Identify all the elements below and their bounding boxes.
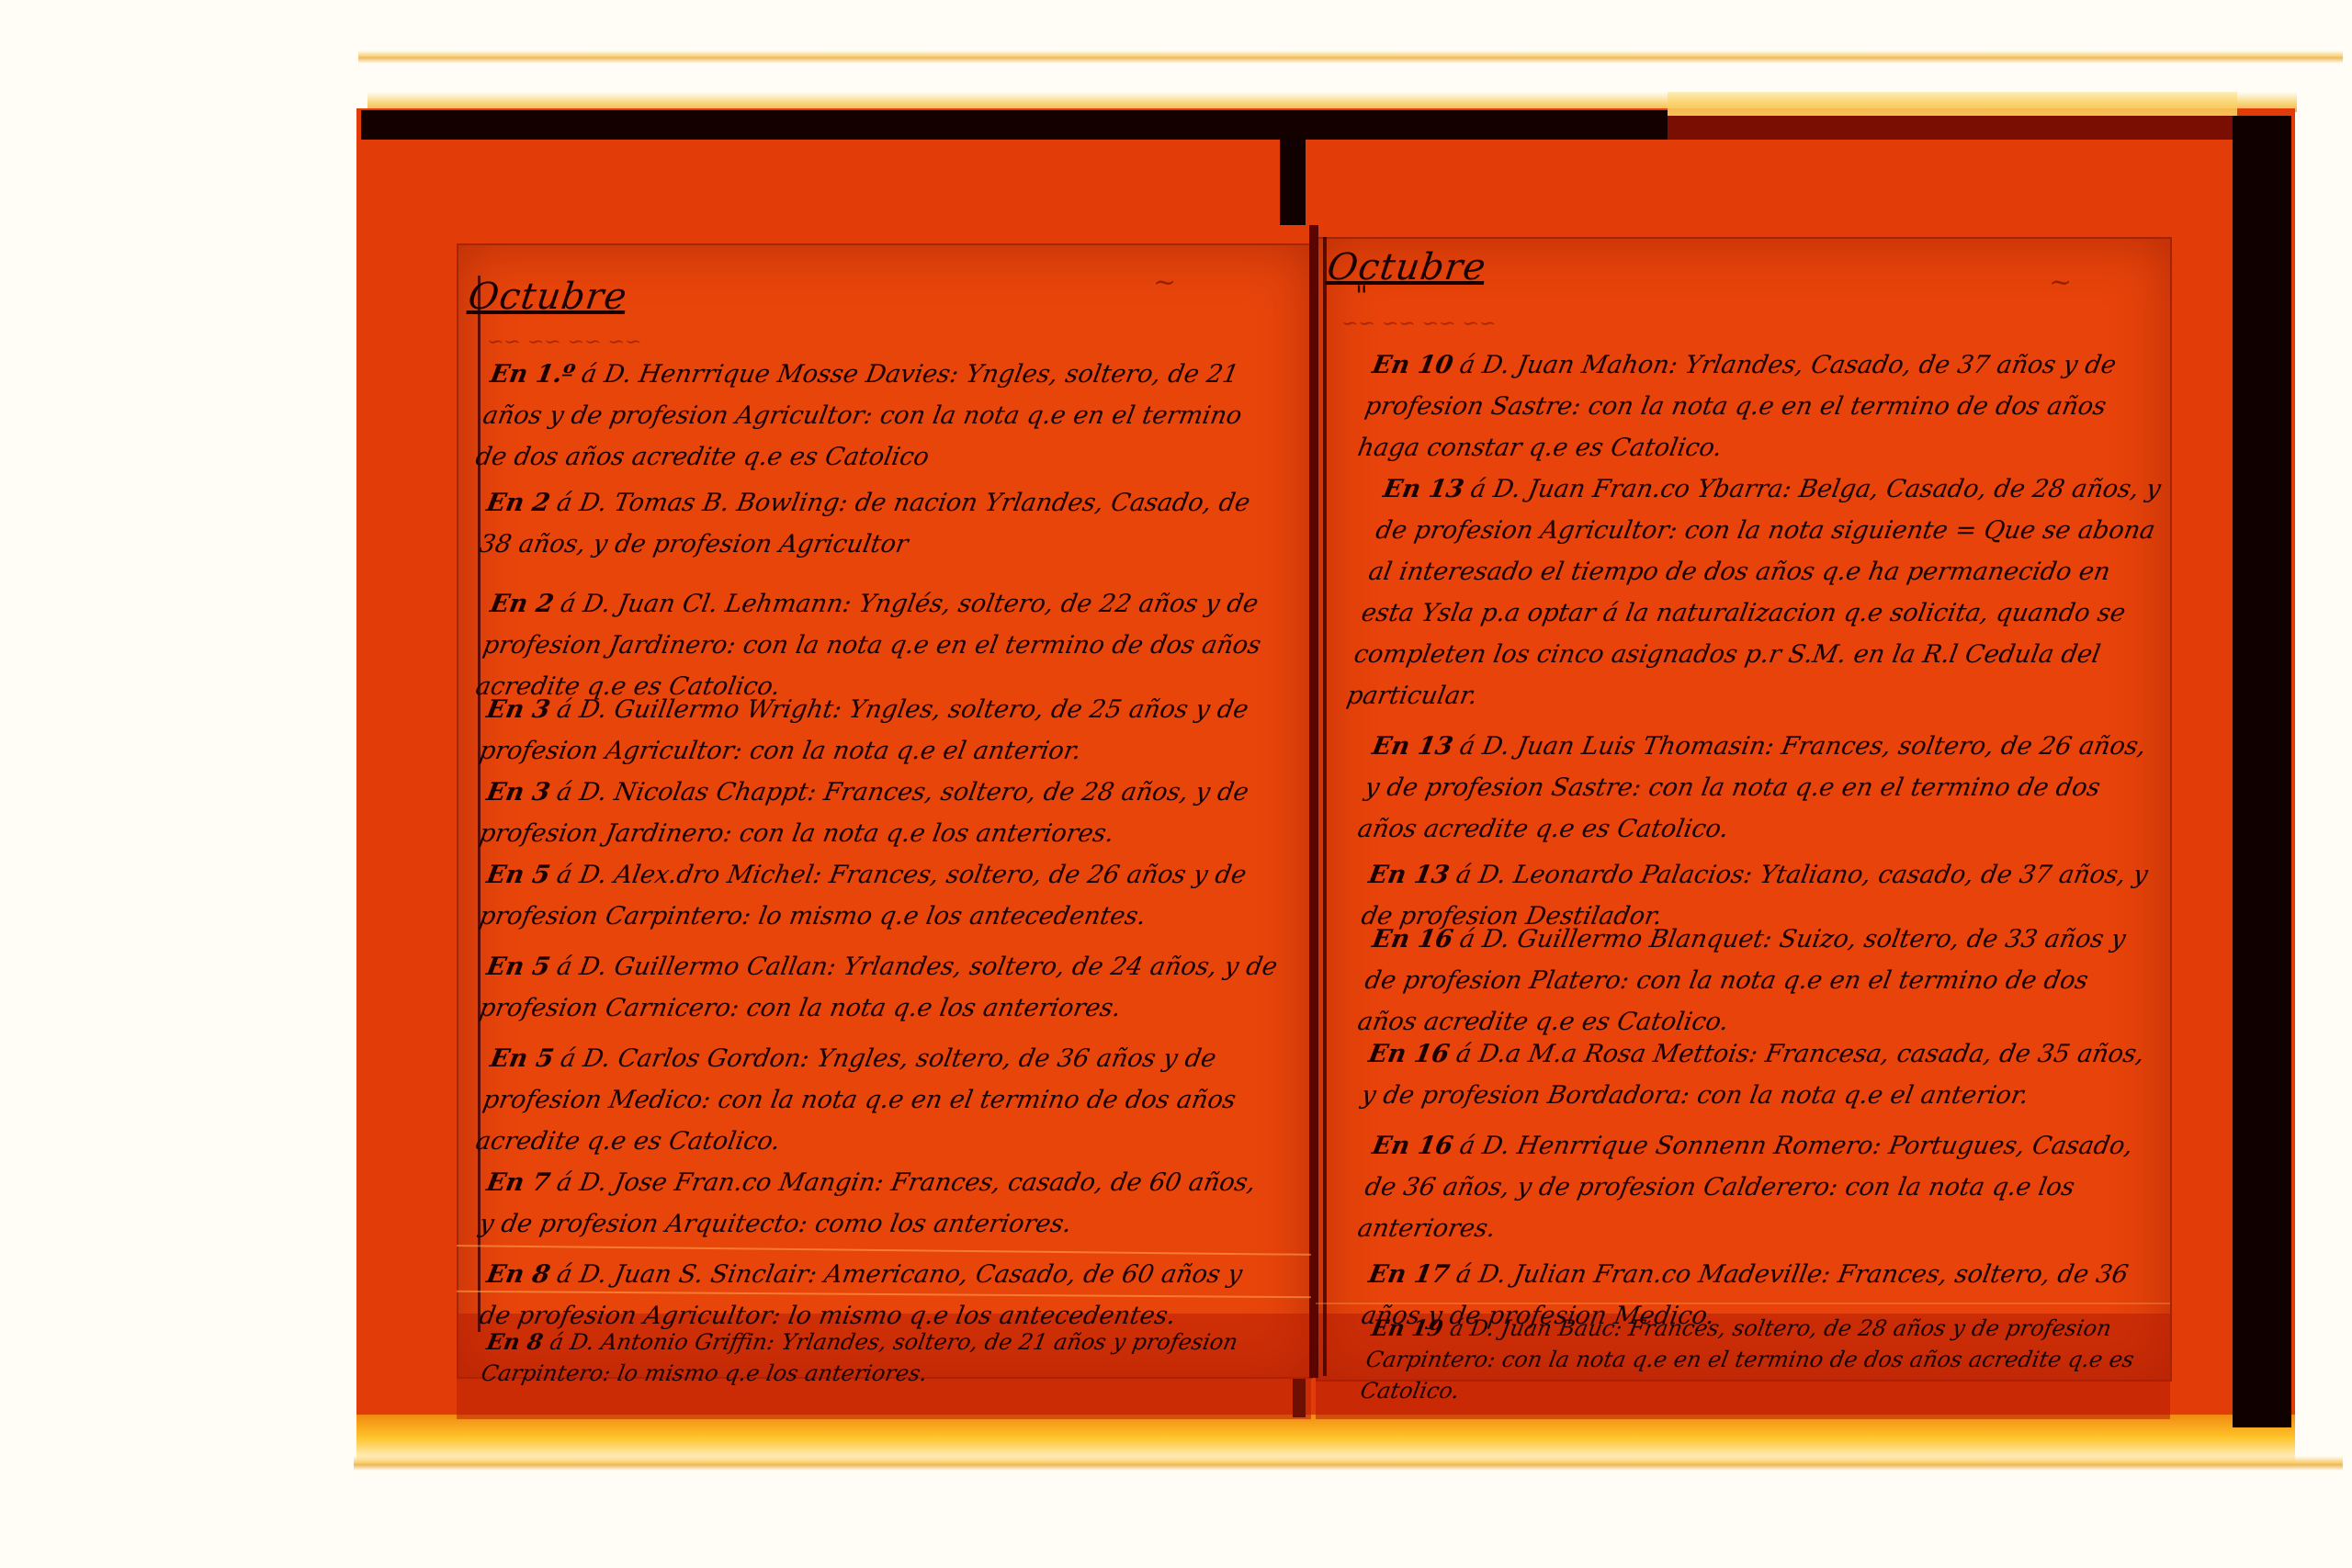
entry-text: á D. Juan Bauc: Frances, soltero, de 28 …: [1359, 1315, 2136, 1404]
entry-date: En 1.º: [488, 360, 577, 389]
entry-date: En 8: [485, 1328, 546, 1355]
film-strip-top-edge: [358, 51, 2343, 63]
book-spine-top: [1280, 138, 1306, 225]
frame-top-dark-bar: [361, 110, 1668, 140]
entry-date: En 16: [1370, 1132, 1455, 1160]
entry-text: á D. Juan Fran.co Ybarra: Belga, Casado,…: [1344, 475, 2163, 710]
right-page-folio-mark: ~: [2049, 266, 2072, 299]
frame-top-right-bar: [1668, 116, 2237, 140]
entry-date: En 8: [484, 1260, 552, 1289]
entry-text: á D. Antonio Griffin: Yrlandes, soltero,…: [480, 1329, 1240, 1386]
left-page-folio-mark: ~: [1153, 266, 1176, 299]
left-entry: En 8á D. Antonio Griffin: Yrlandes, solt…: [479, 1295, 1285, 1389]
book-gutter: [1309, 225, 1318, 1378]
right-page-edge-rule: [1323, 237, 1327, 1376]
entry-date: En 5: [488, 1044, 556, 1073]
entry-date: En 13: [1381, 475, 1466, 503]
right-entry: En 13á D. Juan Fran.co Ybarra: Belga, Ca…: [1343, 427, 2176, 716]
entry-date: En 10: [1370, 351, 1455, 379]
entry-date: En 16: [1366, 1040, 1452, 1068]
entry-date: En 3: [484, 778, 552, 807]
right-entry: En 19á D. Juan Bauc: Frances, soltero, d…: [1358, 1281, 2161, 1406]
right-page-heading: Octubre: [1325, 246, 1489, 288]
frame-right-dark-bar: [2233, 116, 2291, 1427]
entry-date: En 16: [1370, 925, 1455, 953]
scan-artifact-line: [1316, 1303, 2170, 1304]
frame-top-right-glow: [1668, 92, 2237, 118]
frame-bottom-glow: [356, 1415, 2295, 1465]
entry-date: En 5: [484, 953, 552, 981]
entry-date: En 2: [488, 590, 556, 618]
entry-date: En 13: [1370, 732, 1455, 761]
entry-date: En 3: [484, 695, 552, 724]
entry-date: En 7: [484, 1168, 552, 1197]
entry-date: En 19: [1370, 1314, 1446, 1341]
entry-date: En 5: [484, 861, 552, 889]
right-page-heading-mark: ": [1355, 280, 1368, 312]
entry-date: En 2: [484, 489, 552, 517]
